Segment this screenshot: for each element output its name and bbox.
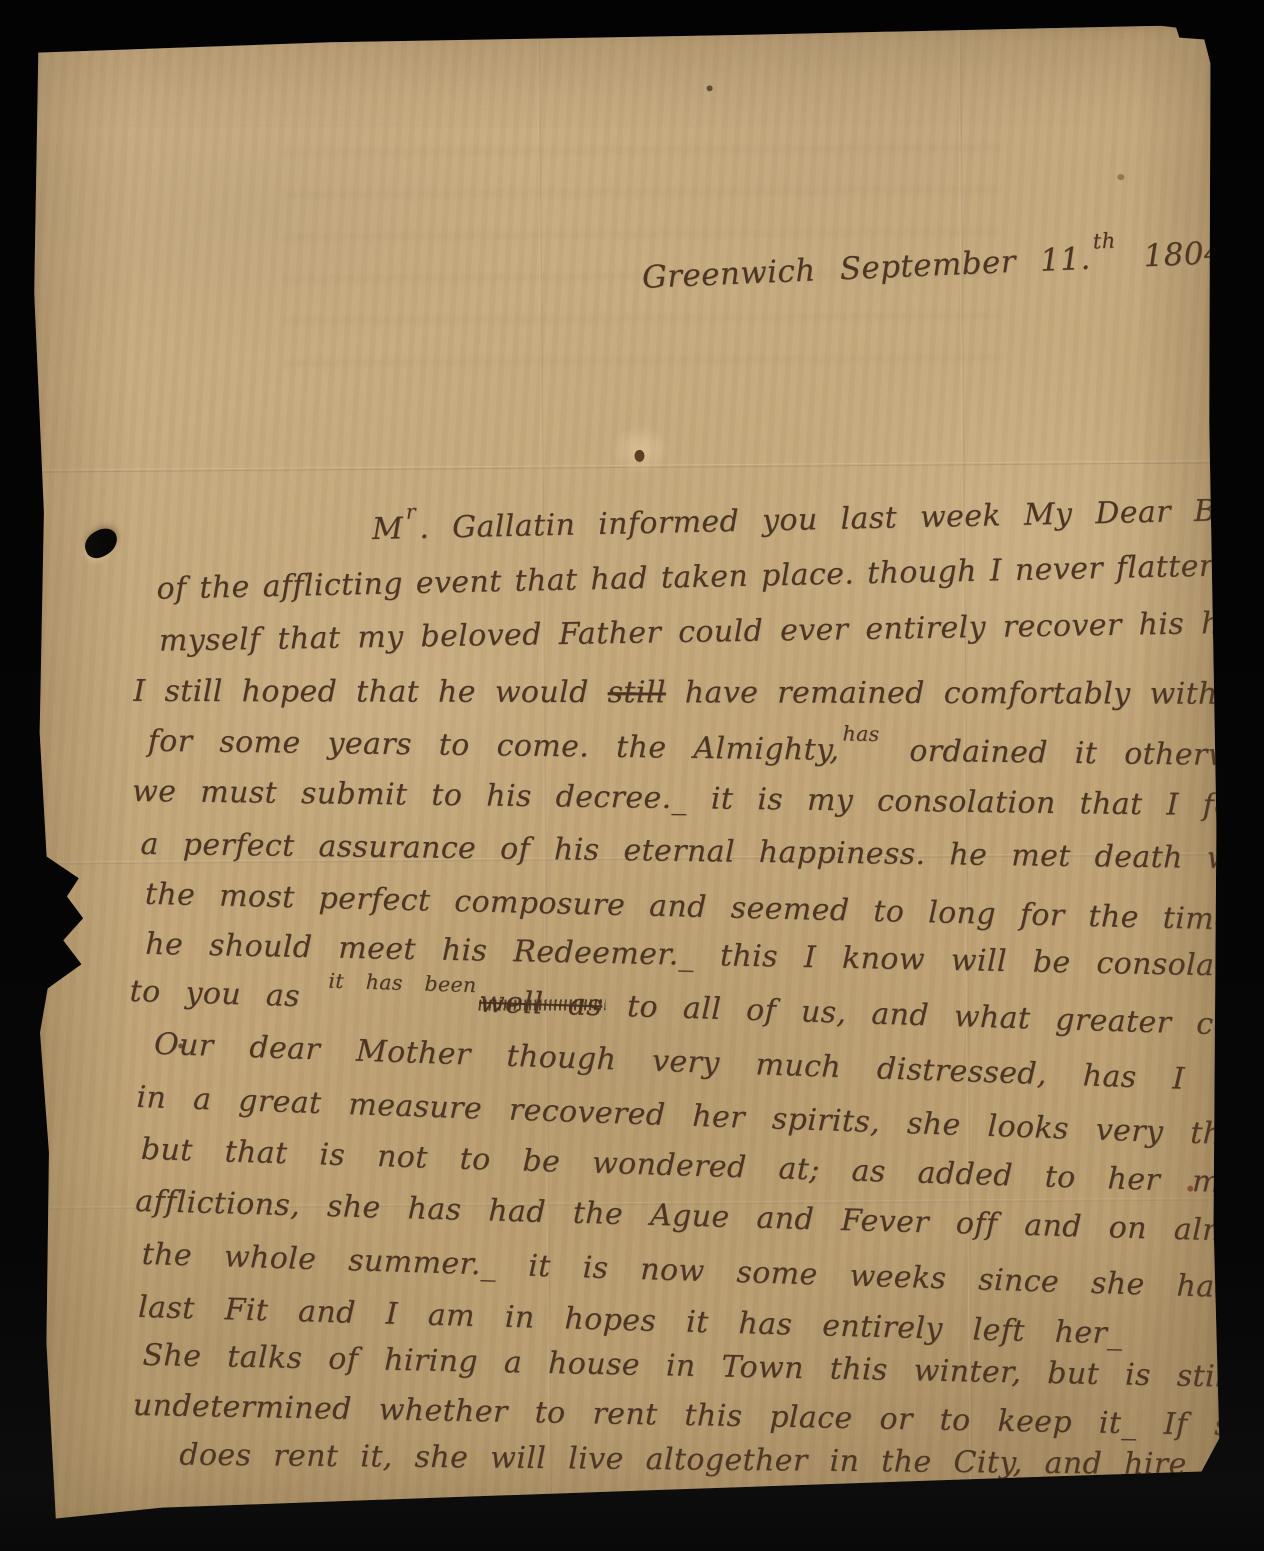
letter-line: myself that my beloved Father could ever… bbox=[159, 605, 1264, 659]
text-segment: Greenwich September 11. bbox=[641, 241, 1091, 296]
letter-body: Mr. Gallatin informed you last week My D… bbox=[30, 23, 1212, 32]
dateline: Greenwich September 11.th 1804 bbox=[641, 235, 1224, 296]
inserted-text: th bbox=[1092, 228, 1116, 254]
text-segment: we must submit to his decree._ it is my … bbox=[132, 774, 1261, 824]
scan-background: Greenwich September 11.th 1804 Mr. Galla… bbox=[0, 0, 1264, 1551]
text-segment: a perfect assurance of his eternal happi… bbox=[140, 827, 1264, 877]
letter-line: undetermined whether to rent this place … bbox=[133, 1388, 1264, 1444]
stain-spot bbox=[634, 450, 644, 462]
letter-line: of the afflicting event that had taken p… bbox=[156, 548, 1252, 607]
stain-halo bbox=[611, 426, 669, 474]
fold-crease-vertical-1 bbox=[537, 29, 552, 1521]
text-segment: have remained comfortably with us bbox=[666, 675, 1264, 712]
speck-2 bbox=[1117, 174, 1124, 180]
text-segment: to you as bbox=[129, 974, 325, 1015]
text-segment: 1804 bbox=[1119, 235, 1225, 275]
letter-line: he should meet his Redeemer._ this I kno… bbox=[145, 927, 1264, 985]
text-segment: for some years to come. the Almighty, bbox=[147, 724, 839, 768]
letter-line: does rent it, she will live altogether i… bbox=[179, 1438, 1264, 1484]
text-segment: myself that my beloved Father could ever… bbox=[159, 605, 1264, 659]
text-segment: to all of us, and what greater could we … bbox=[602, 988, 1264, 1049]
struck-word: still bbox=[608, 675, 666, 710]
text-segment: of the afflicting event that had taken p… bbox=[156, 548, 1252, 607]
letter-line: we must submit to his decree._ it is my … bbox=[132, 774, 1261, 824]
text-segment: ordained it otherwise and bbox=[882, 733, 1264, 774]
text-segment: M bbox=[372, 511, 404, 547]
text-segment: undetermined whether to rent this place … bbox=[133, 1388, 1264, 1444]
fold-crease-horizontal-1 bbox=[34, 460, 1216, 472]
letter-line: I still hoped that he would still have r… bbox=[133, 674, 1264, 712]
scratched-out-word: well as bbox=[478, 985, 602, 1024]
text-segment: I still hoped that he would bbox=[133, 674, 607, 710]
inserted-text: has bbox=[842, 721, 879, 745]
speck-1 bbox=[707, 85, 713, 91]
text-segment: he should meet his Redeemer._ this I kno… bbox=[145, 927, 1264, 985]
paper-hole bbox=[80, 524, 122, 562]
text-segment: does rent it, she will live altogether i… bbox=[179, 1438, 1264, 1484]
letter-line: Mr. Gallatin informed you last week My D… bbox=[372, 491, 1264, 547]
text-segment: . Gallatin informed you last week My Dea… bbox=[419, 491, 1264, 546]
inserted-text: r bbox=[406, 500, 417, 524]
letter-line: for some years to come. the Almighty,has… bbox=[147, 724, 1264, 775]
inserted-text: it has been bbox=[328, 969, 477, 998]
letter-paper: Greenwich September 11.th 1804 Mr. Galla… bbox=[30, 23, 1224, 1524]
letter-line: a perfect assurance of his eternal happi… bbox=[140, 827, 1264, 877]
